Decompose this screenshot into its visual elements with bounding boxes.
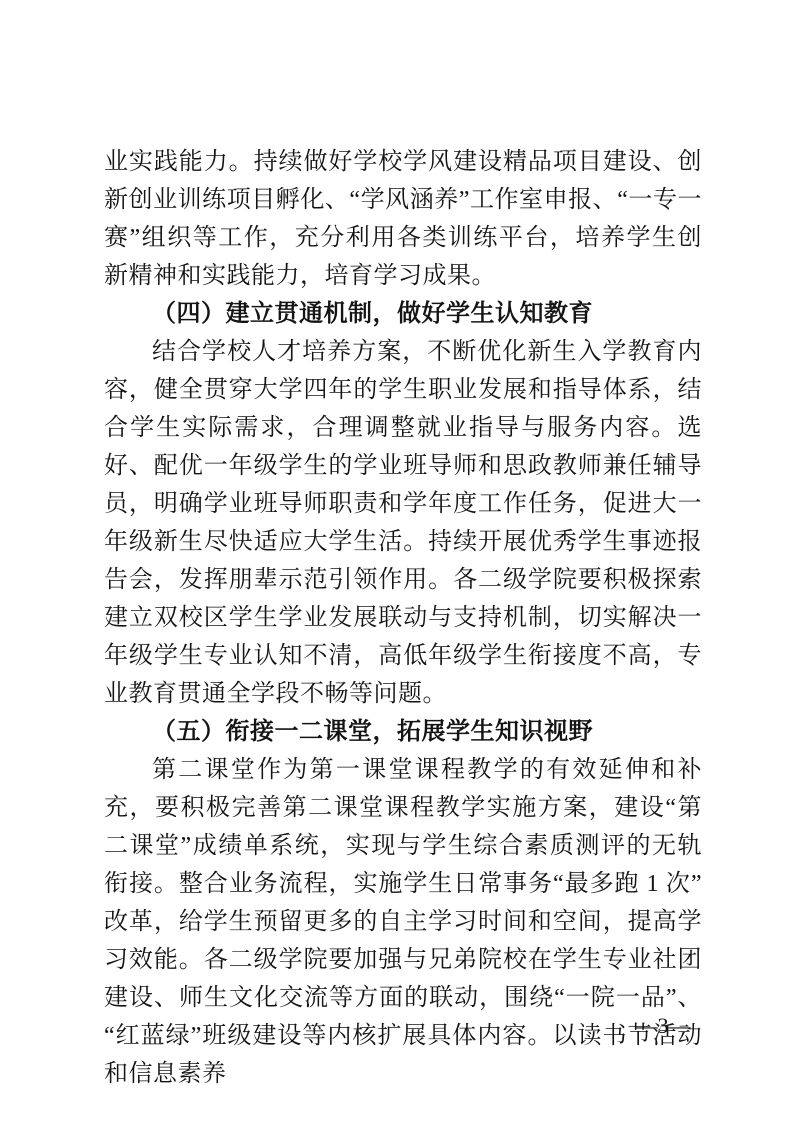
section-heading-5: （五）衔接一二课堂，拓展学生知识视野 bbox=[104, 713, 702, 751]
paragraph-section-5-body: 第二课堂作为第一课堂课程教学的有效延伸和补充，要积极完善第二课堂课程教学实施方案… bbox=[104, 751, 702, 1093]
paragraph-continuation: 业实践能力。持续做好学校学风建设精品项目建设、创新创业训练项目孵化、“学风涵养”… bbox=[104, 143, 702, 295]
paragraph-section-4-body: 结合学校人才培养方案，不断优化新生入学教育内容，健全贯穿大学四年的学生职业发展和… bbox=[104, 333, 702, 713]
document-page: 业实践能力。持续做好学校学风建设精品项目建设、创新创业训练项目孵化、“学风涵养”… bbox=[0, 0, 793, 1122]
page-number: —3— bbox=[633, 1012, 693, 1040]
section-heading-4: （四）建立贯通机制，做好学生认知教育 bbox=[104, 295, 702, 333]
document-body: 业实践能力。持续做好学校学风建设精品项目建设、创新创业训练项目孵化、“学风涵养”… bbox=[104, 143, 702, 1093]
